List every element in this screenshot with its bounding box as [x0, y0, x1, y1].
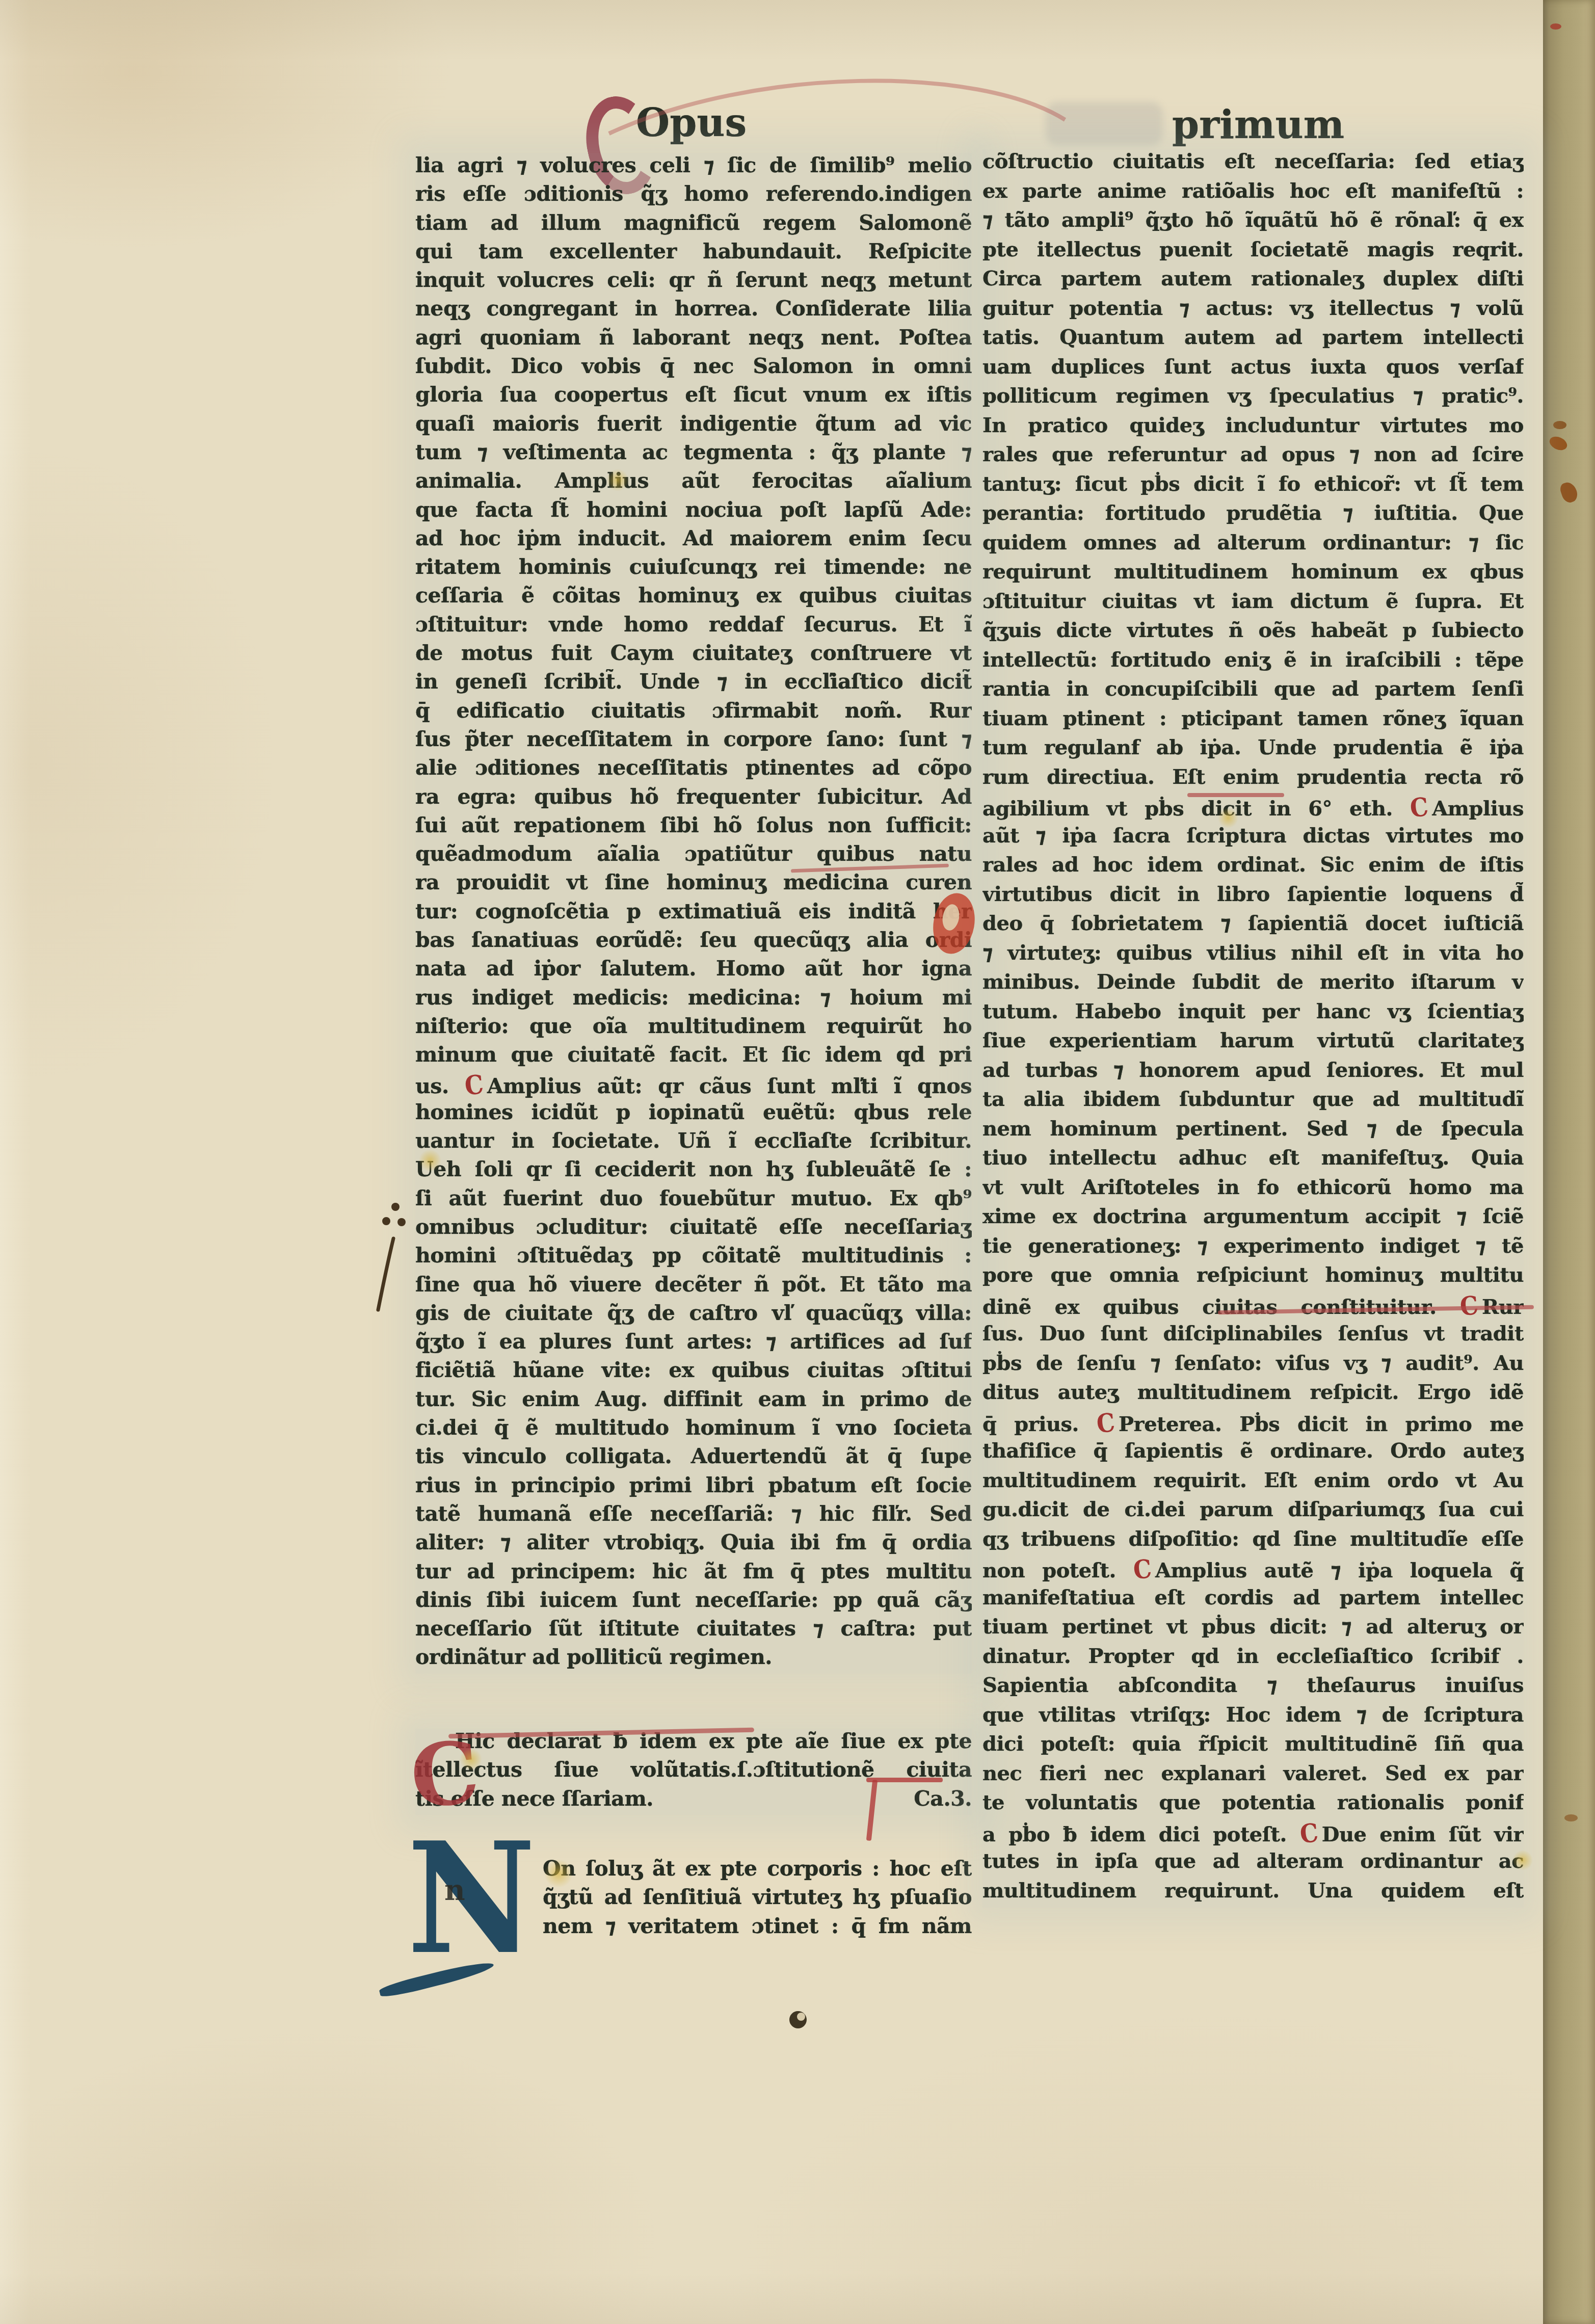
rubric-paraph-icon: C [1095, 1410, 1116, 1439]
text-line: lia agri ⁊ volucres celi ⁊ ſic de ſimili… [415, 153, 972, 181]
text-line: pḃs de ſenſu ⁊ ſenſato: viſus vʒ ⁊ audit… [982, 1351, 1524, 1381]
text-line: ditus auteʒ multitudinem reſpicit. Ergo … [982, 1380, 1524, 1410]
text-line: xime ex doctrina argumentum accipit ⁊ ſc… [982, 1204, 1524, 1234]
yellow-wash-dab [544, 1859, 573, 1888]
text-line: ficiẽtiã hũane vite: ex quibus ciuitas ɔ… [415, 1358, 972, 1386]
text-line: ſubdit. Dico vobis q̄ nec Salomon in omn… [415, 354, 972, 382]
text-line: aũt ⁊ iṗa ſacra ſcriptura dictas virtute… [982, 824, 1524, 853]
text-line: rum directiua. Eſt enim prudentia recta … [982, 765, 1524, 795]
text-line: q̄ prius. CPreterea. Pḃs dicit in primo … [982, 1410, 1524, 1439]
text-line: nec fieri nec explanari valeret. Sed ex … [982, 1761, 1524, 1791]
chapter-number-rubric-mark [866, 1778, 943, 1782]
yellow-wash-dab [606, 469, 629, 491]
text-line: tatẽ humanã eſſe neceſſariã: ⁊ hic fiľr.… [415, 1501, 972, 1530]
text-line: virtutibus dicit in libro ſapientie loqu… [982, 882, 1524, 912]
text-line: que vtilitas vtriſqʒ: Hoc idem ⁊ de ſcri… [982, 1703, 1524, 1732]
text-line: alie ɔditiones neceſſitatis ptinentes ad… [415, 755, 972, 784]
text-line: non poteſt. CAmplius autẽ ⁊ iṗa loquela … [982, 1556, 1524, 1586]
edge-speck [1550, 23, 1561, 30]
margin-nota-mark [378, 1203, 406, 1310]
edge-speck [1553, 421, 1566, 429]
text-line: in geneſi ſcribit̃. Unde ⁊ in eccľiaſtic… [415, 669, 972, 698]
text-line: ad hoc iṗm inducit. Ad maiorem enim ſecu [415, 526, 972, 554]
text-line: intellectũ: fortitudo eniʒ ẽ in iraſcibi… [982, 648, 1524, 677]
text-line: quidem omnes ad alterum ordinantur: ⁊ ſi… [982, 531, 1524, 560]
text-line: a pḃo ƀ idem dici poteſt. CDue enim ſũt … [982, 1820, 1524, 1850]
text-line: tiuam pertinet vt pḃus dicit: ⁊ ad alter… [982, 1615, 1524, 1644]
text-line: te voluntatis que potentia rationalis po… [982, 1790, 1524, 1820]
text-line: ⁊ virtuteʒ: quibus vtilius nihil eſt in … [982, 941, 1524, 970]
text-line: ra egra: quibus hõ frequenter ſubicitur.… [415, 784, 972, 813]
text-line: perantia: fortitudo prudẽtia ⁊ iuſtitia.… [982, 501, 1524, 531]
text-line: ſine qua hõ viuere decẽter ñ põt. Et tãt… [415, 1272, 972, 1301]
text-line: polliticum regimen vʒ ſpeculatius ⁊ prat… [982, 384, 1524, 413]
text-line: tie generationeʒ: ⁊ experimento indiget … [982, 1234, 1524, 1263]
text-line: tum regulanf ab iṗa. Unde prudentia ẽ iṗ… [982, 735, 1524, 765]
text-line: uam duplices ſunt actus iuxta quos verſa… [982, 355, 1524, 384]
text-line: ſus. Duo ſunt diſciplinabiles ſenſus vt … [982, 1322, 1524, 1351]
text-line: multitudinem requirit. Eſt enim ordo vt … [982, 1468, 1524, 1498]
rubric-paraph-icon: C [463, 1071, 485, 1100]
right-column: cõſtructio ciuitatis eſt neceſſaria: ſed… [982, 149, 1524, 1908]
text-line: ra prouidit vt ſine hominuʒ medicina cur… [415, 870, 972, 899]
yellow-wash-dab [460, 1748, 482, 1771]
text-line: quaſi maioris fuerit indigentie q̃tum ad… [415, 411, 972, 440]
page-edge-band [1543, 0, 1595, 2324]
text-line: dinatur. Propter qd in eccleſiaſtico ſcr… [982, 1644, 1524, 1674]
text-line: ɔſtituitur ciuitas vt iam dictum ẽ ſupra… [982, 589, 1524, 619]
text-line: ſui aũt repationem ſibi hõ ſolus non ſuf… [415, 813, 972, 841]
text-line: minum que ciuitatẽ facit. Et ſic idem qd… [415, 1042, 972, 1071]
text-line: homini ɔſtituẽdaʒ pp cõitatẽ multitudini… [415, 1243, 972, 1272]
yellow-wash-dab [1512, 1850, 1533, 1870]
text-line: Sapientia abſcondita ⁊ theſaurus inuiſus [982, 1673, 1524, 1703]
text-line: de motus fuit Caym ciuitateʒ conſtruere … [415, 641, 972, 669]
rubric-paraph-arm [1187, 793, 1284, 797]
text-line: q̃ʒto ĩ ea plures ſunt artes: ⁊ artifice… [415, 1329, 972, 1358]
text-line: ex parte anime ratiõalis hoc eſt manifeſ… [982, 179, 1524, 208]
text-line: q̃ʒuis dicte virtutes ñ oẽs habeãt p ſub… [982, 618, 1524, 648]
text-line: gloria ſua coopertus eſt ſicut vnum ex i… [415, 382, 972, 411]
text-line: que facta ſt̃ homini nociua poſt lapſũ A… [415, 497, 972, 526]
text-line: dici poteſt: quia r̃ſpicit multitudinẽ ſ… [982, 1732, 1524, 1761]
text-line: tiam ad illum magnificũ regem Salomonẽ [415, 210, 972, 239]
text-line: nata ad iṗor ſalutem. Homo aũt hor igna [415, 956, 972, 985]
text-line: minibus. Deinde ſubdit de merito iſtarum… [982, 970, 1524, 999]
text-line: ceſſaria ẽ cõitas hominuʒ ex quibus ciui… [415, 583, 972, 612]
text-line: ci.dei q̄ ẽ multitudo hominum ĩ vno ſoci… [415, 1415, 972, 1444]
text-line: neceſſario ſũt iſtitute ciuitates ⁊ caſt… [415, 1616, 972, 1645]
text-line: niſterio: que oĩa multitudinem requirũt … [415, 1014, 972, 1042]
text-line: tatis. Quantum autem ad partem intellect… [982, 325, 1524, 355]
text-line: ad turbas ⁊ honorem apud ſeniores. Et mu… [982, 1058, 1524, 1088]
running-header-right: primum [1172, 102, 1344, 147]
text-line: tiuam ptinent : pticipant tamen rõneʒ ĩq… [982, 706, 1524, 736]
text-line: qʒ tribuens diſpoſitio: qd ſine multitud… [982, 1527, 1524, 1556]
right-column-lines: cõſtructio ciuitatis eſt neceſſaria: ſed… [982, 149, 1524, 1908]
text-line: ris eſſe ɔditionis q̃ʒ homo referendo.in… [415, 181, 972, 210]
text-line: tur ad principem: hic ãt fm q̄ ptes mult… [415, 1559, 972, 1588]
text-line: tur. Sic enim Aug. diffinit eam in primo… [415, 1387, 972, 1415]
text-line: ritatem hominis cuiuſcunqʒ rei timende: … [415, 554, 972, 583]
text-line: aliter: ⁊ aliter vtrobiqʒ. Quia ibi fm q… [415, 1530, 972, 1559]
text-line: guitur potentia ⁊ actus: vʒ itellectus ⁊… [982, 296, 1524, 326]
text-line: thafiſice q̄ ſapientis ẽ ordinare. Ordo … [982, 1439, 1524, 1468]
text-line: dinis ſibi iuicem ſunt neceſſarie: pp qu… [415, 1588, 972, 1616]
text-line: gu.dicit de ci.dei parum diſpariumqʒ ſua… [982, 1497, 1524, 1527]
text-line: ta alia ibidem ſubduntur que ad multitud… [982, 1087, 1524, 1117]
text-line: neqʒ congregant in horrea. Conſiderate l… [415, 296, 972, 325]
text-line: q̃ʒtũ ad ſenſitiuã virtuteʒ hʒ pſuaſio [543, 1885, 972, 1913]
running-header-left: Opus [636, 100, 747, 145]
chapter-opening-text: On ſoluʒ ãt ex pte corporis : hoc eſtq̃ʒ… [543, 1856, 972, 1942]
text-line: tiuo intellectu adhuc eſt manifeſtuʒ. Qu… [982, 1146, 1524, 1175]
chapter-number: Ca.3. [914, 1786, 972, 1815]
text-line: rales que referuntur ad opus ⁊ non ad ſc… [982, 442, 1524, 472]
text-line: ɔſtituitur: vnde homo reddaf ſecurus. Et… [415, 612, 972, 641]
text-line: ſus p̃ter neceſſitatem in corpore ſano: … [415, 727, 972, 755]
text-line: homines icidũt p iopinatũ euẽtũ: qbus re… [415, 1100, 972, 1128]
rubric-paraph-icon: C [1298, 1820, 1319, 1850]
rubric-paraph-icon: C [1408, 794, 1429, 824]
wormhole-spot-highlight [797, 2013, 805, 2021]
text-line: uantur in ſocietate. Uñ ĩ eccľiaſte ſcri… [415, 1128, 972, 1157]
edge-speck [1564, 1814, 1578, 1821]
text-line: ſi aũt fuerint duo fouebũtur mutuo. Ex q… [415, 1186, 972, 1214]
text-line: nem hominum pertinent. Sed ⁊ de ſpecula [982, 1117, 1524, 1146]
text-line: q̄ edificatio ciuitatis ɔfirmabit nom̃. … [415, 698, 972, 727]
text-line: Circa partem autem rationaleʒ duplex diſ… [982, 267, 1524, 296]
text-line: tum ⁊ veſtimenta ac tegmenta : q̃ʒ plant… [415, 440, 972, 468]
text-line: tantuʒ: ſicut pḃs dicit ĩ fo ethicor̃: v… [982, 472, 1524, 501]
lombard-initial: N [407, 1822, 536, 1975]
book-page-scan: Opus primum lia agri ⁊ volucres celi ⁊ ſ… [0, 0, 1595, 2324]
text-line: ordinãtur ad polliticũ regimen. [415, 1645, 972, 1673]
rubric-paraph-icon: C [1132, 1556, 1153, 1586]
offset-ghost-impression [1046, 102, 1163, 146]
text-line: manifeſtatiua eſt cordis ad partem intel… [982, 1586, 1524, 1615]
text-line: agibilium vt pḃs dicit in 6° eth. CAmpli… [982, 794, 1524, 824]
text-line: Ueh ſoli qr ſi ceciderit non hʒ ſubleuãt… [415, 1157, 972, 1185]
guide-letter: n [444, 1873, 465, 1907]
text-line: requirunt multitudinem hominum ex qbus [982, 560, 1524, 589]
text-line: animalia. Amplius aũt ferocitas aĩalium [415, 468, 972, 497]
text-line: agri quoniam ñ laborant neqʒ nent. Poſte… [415, 325, 972, 354]
text-line: pore que omnia reſpiciunt hominuʒ multit… [982, 1263, 1524, 1292]
text-line: In pratico quideʒ includuntur virtutes m… [982, 413, 1524, 443]
text-line: cõſtructio ciuitatis eſt neceſſaria: ſed… [982, 149, 1524, 179]
text-line: pte itellectus puenit ſocietatẽ magis re… [982, 237, 1524, 267]
wormhole-spot [789, 2011, 807, 2028]
text-line: nem ⁊ veritatem ɔtinet : q̄ fm nãm [543, 1914, 972, 1942]
left-column: lia agri ⁊ volucres celi ⁊ ſic de ſimili… [415, 153, 972, 1674]
text-line: qui tam excellenter habundauit. Reſpicit… [415, 239, 972, 268]
text-line: tur: cognoſcẽtia p extimatiuã eis inditã… [415, 899, 972, 928]
text-line: On ſoluʒ ãt ex pte corporis : hoc eſt [543, 1856, 972, 1885]
text-line: bas ſanatiuas eorũdẽ: ſeu quecũqʒ alia o… [415, 928, 972, 956]
left-column-lines: lia agri ⁊ volucres celi ⁊ ſic de ſimili… [415, 153, 972, 1674]
yellow-wash-dab [1218, 808, 1238, 828]
text-line: tutes in ipſa que ad alteram ordinantur … [982, 1849, 1524, 1879]
text-line: rantia in concupiſcibili que ad partem ſ… [982, 677, 1524, 706]
text-line: rius in principio primi libri pbatum eſt… [415, 1473, 972, 1501]
text-line: tis vinculo colligata. Aduertendũ ãt q̄ … [415, 1444, 972, 1472]
text-line: omnibus ɔcluditur: ciuitatẽ eſſe neceſſa… [415, 1214, 972, 1243]
text-line: vt vult Ariſtoteles in fo ethicorũ homo … [982, 1175, 1524, 1205]
text-line: tutum. Habebo inquit per hanc vʒ ſcienti… [982, 999, 1524, 1029]
text-line: gis de ciuitate q̃ʒ de caſtro vľ quacũqʒ… [415, 1301, 972, 1329]
text-line: inquit volucres celi: qr ñ ſerunt neqʒ m… [415, 268, 972, 296]
yellow-wash-dab [419, 1149, 441, 1172]
text-line: rales ad hoc idem ordinat. Sic enim de i… [982, 853, 1524, 882]
text-line: us. CAmplius aũt: qr cãus ſunt mľti ĩ qn… [415, 1071, 972, 1100]
left-column-paragraph-2: Hic declarat ƀ idem ex pte aĩe ſiue ex p… [415, 1729, 972, 1815]
text-line: ⁊ tãto ampli⁹ q̃ʒto hõ ĩquãtũ hõ ẽ rõnaľ… [982, 208, 1524, 237]
text-line: rus indiget medicis: medicina: ⁊ hoium m… [415, 985, 972, 1014]
text-line: deo q̄ ſobrietatem ⁊ ſapientiã docet iuſ… [982, 911, 1524, 941]
text-line: ſiue experientiam harum virtutũ claritat… [982, 1028, 1524, 1058]
text-line: multitudinem requirunt. Una quidem eſt [982, 1879, 1524, 1908]
margin-rubric-paraph-icon: C [407, 1729, 483, 1820]
